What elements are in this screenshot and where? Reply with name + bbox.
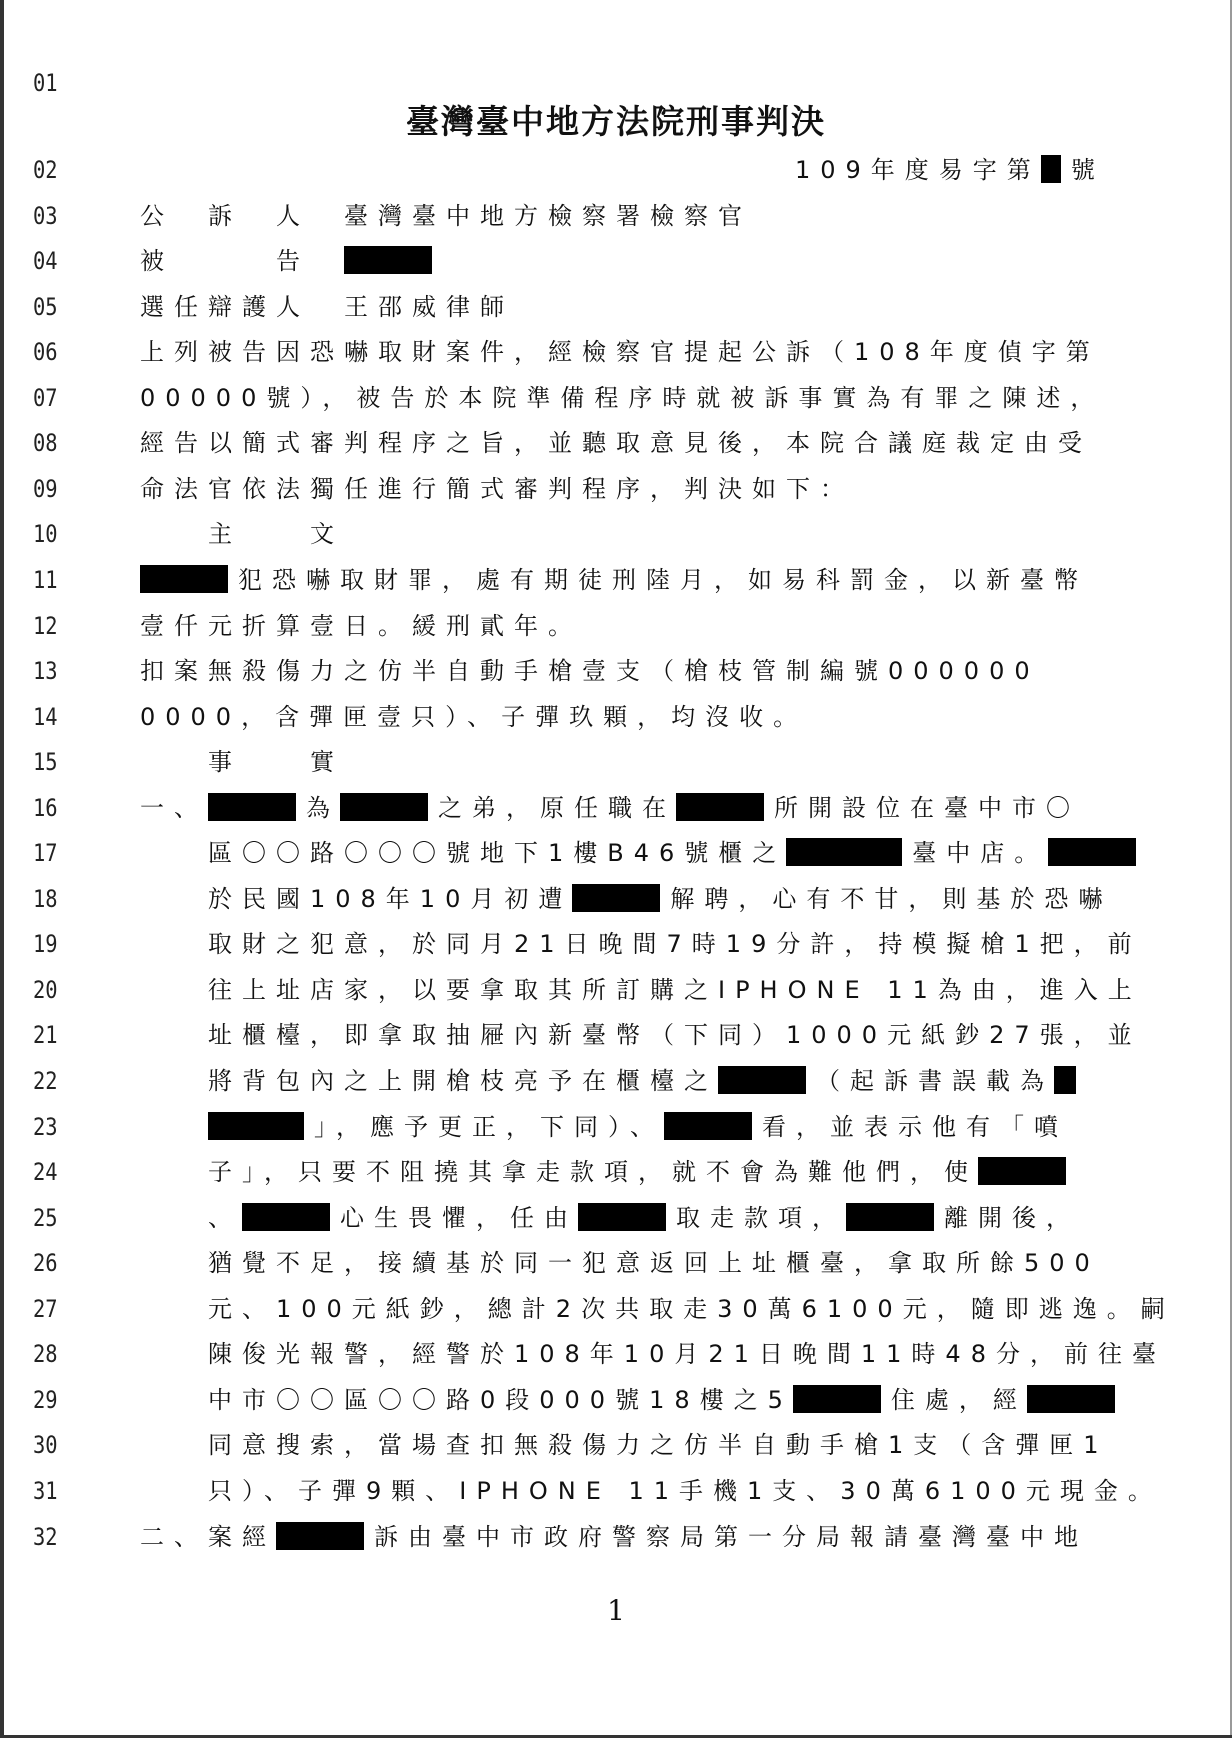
text-segment: 扣案無殺傷力之仿半自動手槍壹支（槍枝管制編號000000 [140, 657, 1040, 685]
redaction-block [340, 793, 428, 821]
text-line: 陳俊光報警，經警於108年10月21日晚間11時48分，前往臺 [208, 1339, 1166, 1369]
line-number: 29 [33, 1385, 76, 1415]
line-number: 26 [33, 1248, 76, 1278]
text-line: 同意搜索，當場查扣無殺傷力之仿半自動手槍1支（含彈匣1 [208, 1430, 1109, 1460]
line-number: 27 [33, 1294, 76, 1324]
line-number: 13 [33, 656, 76, 686]
page-number: 1 [0, 1594, 1232, 1628]
text-segment: 所開設位在臺中市〇 [774, 794, 1080, 822]
text-segment: 取走款項， [676, 1204, 846, 1232]
text-segment: 命法官依法獨任進行簡式審判程序，判決如下： [140, 475, 854, 503]
text-segment: （起訴書誤載為 [816, 1067, 1054, 1095]
line-number: 23 [33, 1112, 76, 1142]
line-number: 32 [33, 1522, 76, 1552]
line-number: 09 [33, 474, 76, 504]
text-segment: 主 文 [208, 520, 344, 548]
text-line: 、心生畏懼，任由取走款項，離開後， [208, 1203, 1080, 1233]
text-segment: 被 告 [140, 247, 344, 275]
redaction-block [664, 1112, 752, 1140]
text-line: 壹仟元折算壹日。緩刑貳年。 [140, 611, 582, 641]
redaction-block [276, 1522, 364, 1550]
redaction-block [208, 1112, 304, 1140]
text-segment: 上列被告因恐嚇取財案件，經檢察官提起公訴（108年度偵字第 [140, 338, 1100, 366]
redaction-block [978, 1157, 1066, 1185]
text-segment: 經告以簡式審判程序之旨，並聽取意見後，本院合議庭裁定由受 [140, 429, 1092, 457]
page-frame-left [0, 0, 4, 1738]
text-segment: 犯恐嚇取財罪，處有期徒刑陸月，如易科罰金，以新臺幣 [238, 566, 1088, 594]
text-line: 被 告 [140, 246, 442, 276]
text-segment: 訴由臺中市政府警察局第一分局報請臺灣臺中地 [374, 1523, 1088, 1551]
text-segment: 住處，經 [891, 1386, 1027, 1414]
line-number: 25 [33, 1203, 76, 1233]
line-number: 01 [33, 68, 76, 98]
text-line: 命法官依法獨任進行簡式審判程序，判決如下： [140, 474, 854, 504]
text-line: 二、案經訴由臺中市政府警察局第一分局報請臺灣臺中地 [140, 1522, 1088, 1552]
redaction-block [1041, 155, 1061, 183]
line-number: 21 [33, 1020, 76, 1050]
text-line: 只）、子彈9顆、IPHONE 11手機1支、30萬6100元現金。 [208, 1476, 1162, 1506]
text-segment: 區〇〇路〇〇〇號地下1樓B46號櫃之 [208, 839, 786, 867]
text-line: 取財之犯意，於同月21日晚間7時19分許，持模擬槍1把，前 [208, 929, 1142, 959]
text-segment: 選任辯護人 王邵威律師 [140, 293, 514, 321]
text-line: 址櫃檯，即拿取抽屜內新臺幣（下同）1000元紙鈔27張，並 [208, 1020, 1142, 1050]
line-number: 17 [33, 838, 76, 868]
text-segment: 壹仟元折算壹日。緩刑貳年。 [140, 612, 582, 640]
text-line: 子」，只要不阻撓其拿走款項，就不會為難他們，使 [208, 1157, 1076, 1187]
text-line: 中市〇〇區〇〇路0段000號18樓之5住處，經 [208, 1385, 1125, 1415]
line-number: 19 [33, 929, 76, 959]
text-segment: 0000，含彈匣壹只）、子彈玖顆，均沒收。 [140, 703, 807, 731]
line-number: 10 [33, 519, 76, 549]
redaction-block [140, 565, 228, 593]
redaction-block [1054, 1066, 1076, 1094]
text-segment: 離開後， [944, 1204, 1080, 1232]
text-segment: 址櫃檯，即拿取抽屜內新臺幣（下同）1000元紙鈔27張，並 [208, 1021, 1142, 1049]
text-line: 區〇〇路〇〇〇號地下1樓B46號櫃之臺中店。 [208, 838, 1146, 868]
redaction-block [846, 1203, 934, 1231]
line-number: 30 [33, 1430, 76, 1460]
text-line: 一、為之弟，原任職在所開設位在臺中市〇 [140, 793, 1080, 823]
text-segment: 中市〇〇區〇〇路0段000號18樓之5 [208, 1386, 793, 1414]
redaction-block [786, 838, 902, 866]
text-line: 」，應予更正，下同）、看，並表示他有「噴 [208, 1112, 1068, 1142]
text-line: 經告以簡式審判程序之旨，並聽取意見後，本院合議庭裁定由受 [140, 428, 1092, 458]
redaction-block [1048, 838, 1136, 866]
line-number: 18 [33, 884, 76, 914]
text-segment: 為 [306, 794, 340, 822]
line-number: 08 [33, 428, 76, 458]
redaction-block [718, 1066, 806, 1094]
text-line: 扣案無殺傷力之仿半自動手槍壹支（槍枝管制編號000000 [140, 656, 1040, 686]
line-number: 07 [33, 383, 76, 413]
redaction-block [793, 1385, 881, 1413]
document-title: 臺灣臺中地方法院刑事判決 [0, 102, 1232, 142]
text-line: 00000號），被告於本院準備程序時就被訴事實為有罪之陳述， [140, 383, 1104, 413]
text-segment: 子」，只要不阻撓其拿走款項，就不會為難他們，使 [208, 1158, 978, 1186]
line-number: 12 [33, 611, 76, 641]
redaction-block [242, 1203, 330, 1231]
redaction-block [1027, 1385, 1115, 1413]
text-segment: 心生畏懼，任由 [340, 1204, 578, 1232]
text-segment: 同意搜索，當場查扣無殺傷力之仿半自動手槍1支（含彈匣1 [208, 1431, 1109, 1459]
text-segment: 、 [208, 1204, 242, 1232]
text-segment: 事 實 [208, 748, 344, 776]
text-line: 往上址店家，以要拿取其所訂購之IPHONE 11為由，進入上 [208, 975, 1142, 1005]
line-number: 14 [33, 702, 76, 732]
text-line: 公 訴 人 臺灣臺中地方檢察署檢察官 [140, 201, 752, 231]
text-segment: 猶覺不足，接續基於同一犯意返回上址櫃臺，拿取所餘500 [208, 1249, 1100, 1277]
redaction-block [572, 884, 660, 912]
text-segment: 看，並表示他有「噴 [762, 1113, 1068, 1141]
line-number: 22 [33, 1066, 76, 1096]
text-segment: 公 訴 人 臺灣臺中地方檢察署檢察官 [140, 202, 752, 230]
line-number: 05 [33, 292, 76, 322]
redaction-block [208, 793, 296, 821]
text-line: 主 文 [208, 519, 344, 549]
text-line: 將背包內之上開槍枝亮予在櫃檯之（起訴書誤載為 [208, 1066, 1086, 1096]
line-number: 06 [33, 337, 76, 367]
line-number: 20 [33, 975, 76, 1005]
text-segment: 臺中店。 [912, 839, 1048, 867]
redaction-block [578, 1203, 666, 1231]
text-segment: 109年度易字第 [795, 156, 1041, 184]
text-segment: 」，應予更正，下同）、 [314, 1113, 664, 1141]
text-line: 109年度易字第號 [795, 155, 1105, 185]
text-line: 猶覺不足，接續基於同一犯意返回上址櫃臺，拿取所餘500 [208, 1248, 1100, 1278]
line-number: 15 [33, 747, 76, 777]
text-line: 犯恐嚇取財罪，處有期徒刑陸月，如易科罰金，以新臺幣 [140, 565, 1088, 595]
line-number: 31 [33, 1476, 76, 1506]
text-segment: 號 [1071, 156, 1105, 184]
text-line: 元、100元紙鈔，總計2次共取走30萬6100元，隨即逃逸。嗣 [208, 1294, 1175, 1324]
text-segment: 元、100元紙鈔，總計2次共取走30萬6100元，隨即逃逸。嗣 [208, 1295, 1175, 1323]
line-number: 11 [33, 565, 76, 595]
text-segment: 00000號），被告於本院準備程序時就被訴事實為有罪之陳述， [140, 384, 1104, 412]
text-line: 事 實 [208, 747, 344, 777]
line-number: 03 [33, 201, 76, 231]
text-segment: 將背包內之上開槍枝亮予在櫃檯之 [208, 1067, 718, 1095]
text-line: 上列被告因恐嚇取財案件，經檢察官提起公訴（108年度偵字第 [140, 337, 1100, 367]
text-segment: 只）、子彈9顆、IPHONE 11手機1支、30萬6100元現金。 [208, 1477, 1162, 1505]
text-line: 於民國108年10月初遭解聘，心有不甘，則基於恐嚇 [208, 884, 1112, 914]
line-number: 28 [33, 1339, 76, 1369]
line-number: 02 [33, 155, 76, 185]
line-number: 24 [33, 1157, 76, 1187]
text-segment: 之弟，原任職在 [438, 794, 676, 822]
text-segment: 一、 [140, 794, 208, 822]
line-number: 04 [33, 246, 76, 276]
text-segment: 往上址店家，以要拿取其所訂購之IPHONE 11為由，進入上 [208, 976, 1142, 1004]
text-segment: 於民國108年10月初遭 [208, 885, 572, 913]
text-segment: 解聘，心有不甘，則基於恐嚇 [670, 885, 1112, 913]
text-segment: 二、案經 [140, 1523, 276, 1551]
line-number: 16 [33, 793, 76, 823]
redaction-block [676, 793, 764, 821]
redaction-block [344, 246, 432, 274]
text-line: 0000，含彈匣壹只）、子彈玖顆，均沒收。 [140, 702, 807, 732]
text-line: 選任辯護人 王邵威律師 [140, 292, 514, 322]
text-segment: 取財之犯意，於同月21日晚間7時19分許，持模擬槍1把，前 [208, 930, 1142, 958]
text-segment: 陳俊光報警，經警於108年10月21日晚間11時48分，前往臺 [208, 1340, 1166, 1368]
